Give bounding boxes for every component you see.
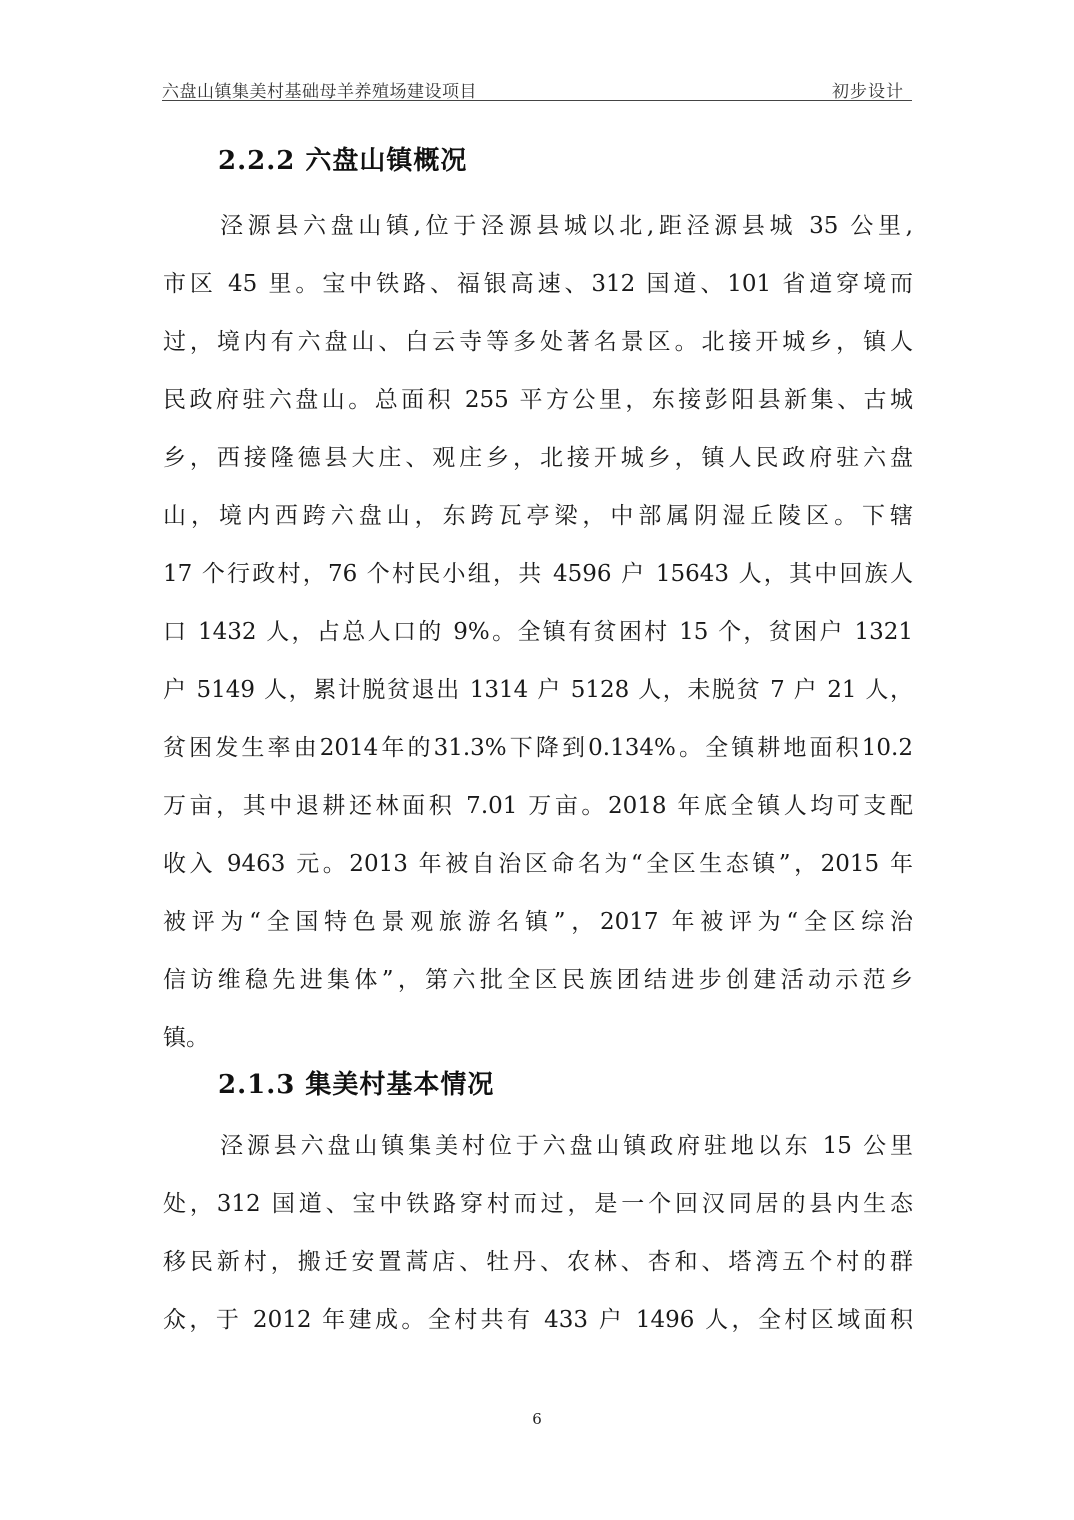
text-line: 被评为“全国特色景观旅游名镇”，2017 年被评为“全区综治 <box>163 904 913 962</box>
page-header: 六盘山镇集美村基础母羊养殖场建设项目 初步设计 <box>162 76 912 101</box>
section-heading-township: 2.2.2 六盘山镇概况 <box>218 140 467 177</box>
text-line: 民政府驻六盘山。总面积 255 平方公里，东接彭阳县新集、古城 <box>163 382 913 440</box>
paragraph-village-overview: 泾源县六盘山镇集美村位于六盘山镇政府驻地以东 15 公里 处，312 国道、宝中… <box>163 1128 913 1360</box>
section-heading-village: 2.1.3 集美村基本情况 <box>218 1064 494 1101</box>
text-line: 17 个行政村，76 个村民小组，共 4596 户 15643 人，其中回族人 <box>163 556 913 614</box>
page-number: 6 <box>0 1410 1074 1428</box>
text-line: 乡，西接隆德县大庄、观庄乡，北接开城乡，镇人民政府驻六盘 <box>163 440 913 498</box>
text-line: 收入 9463 元。2013 年被自治区命名为“全区生态镇”，2015 年 <box>163 846 913 904</box>
text-line: 过，境内有六盘山、白云寺等多处著名景区。北接开城乡，镇人 <box>163 324 913 382</box>
document-title: 六盘山镇集美村基础母羊养殖场建设项目 <box>162 77 477 102</box>
text-line: 贫困发生率由2014年的31.3%下降到0.134%。全镇耕地面积10.2 <box>163 730 913 788</box>
paragraph-township-overview: 泾源县六盘山镇,位于泾源县城以北,距泾源县城 35 公里, 市区 45 里。宝中… <box>163 208 913 1078</box>
text-line: 处，312 国道、宝中铁路穿村而过，是一个回汉同居的县内生态 <box>163 1186 913 1244</box>
text-line: 口 1432 人，占总人口的 9%。全镇有贫困村 15 个，贫困户 1321 <box>163 614 913 672</box>
text-line: 移民新村，搬迁安置蒿店、牡丹、农林、杏和、塔湾五个村的群 <box>163 1244 913 1302</box>
text-line: 万亩，其中退耕还林面积 7.01 万亩。2018 年底全镇人均可支配 <box>163 788 913 846</box>
text-line: 山，境内西跨六盘山，东跨瓦亭梁，中部属阴湿丘陵区。下辖 <box>163 498 913 556</box>
text-line: 户 5149 人，累计脱贫退出 1314 户 5128 人，未脱贫 7 户 21… <box>163 672 913 730</box>
text-line: 泾源县六盘山镇集美村位于六盘山镇政府驻地以东 15 公里 <box>163 1128 913 1186</box>
text-line: 信访维稳先进集体”，第六批全区民族团结进步创建活动示范乡 <box>163 962 913 1020</box>
text-line: 市区 45 里。宝中铁路、福银高速、312 国道、101 省道穿境而 <box>163 266 913 324</box>
document-stage: 初步设计 <box>832 77 904 102</box>
text-line: 泾源县六盘山镇,位于泾源县城以北,距泾源县城 35 公里, <box>163 208 913 266</box>
text-line: 众，于 2012 年建成。全村共有 433 户 1496 人，全村区域面积 <box>163 1302 913 1360</box>
